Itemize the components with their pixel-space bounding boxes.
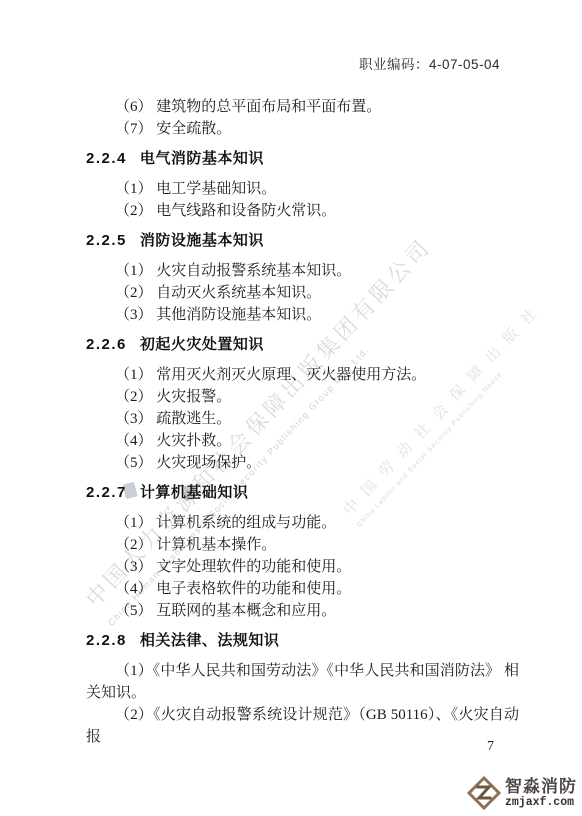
section-title: 初起火灾处置知识 [140,336,264,353]
logo-name: 智淼消防 [505,778,577,795]
section-number: 2.2.8 [86,632,127,649]
section-title: 消防设施基本知识 [140,232,264,249]
section-number: 2.2.4 [86,150,127,167]
page-number: 7 [487,739,494,755]
section-title: 相关法律、法规知识 [140,632,280,649]
list-item: （1） 计算机系统的组成与功能。 [86,512,519,534]
list-item: （3） 其他消防设施基本知识。 [86,304,519,326]
list-item: （2） 火灾报警。 [86,386,519,408]
list-item: （2） 自动灭火系统基本知识。 [86,282,519,304]
list-item: （3） 文字处理软件的功能和使用。 [86,556,519,578]
occupation-code: 职业编码：4-07-05-04 [359,53,500,73]
logo-text: 智淼消防 zmjaxf.com [505,778,577,809]
section-heading: 2.2.4电气消防基本知识 [86,148,519,170]
list-item: （3） 疏散逃生。 [86,408,519,430]
list-item: （1） 常用灭火剂灭火原理、灭火器使用方法。 [86,364,519,386]
list-item: （5） 火灾现场保护。 [86,452,519,474]
section-number: 2.2.7 [86,484,127,501]
paragraph: （2）《火灾自动报警系统设计规范》（GB 50116）、《火灾自动报 [86,704,519,748]
section-number: 2.2.6 [86,336,127,353]
page-content: （6） 建筑物的总平面布局和平面布置。 （7） 安全疏散。 2.2.4电气消防基… [86,96,519,748]
site-logo[interactable]: 智淼消防 zmjaxf.com [466,775,577,811]
section-heading: 2.2.8相关法律、法规知识 [86,630,519,652]
list-item: （4） 火灾扑救。 [86,430,519,452]
section-heading: 2.2.6初起火灾处置知识 [86,334,519,356]
list-item: （1） 电工学基础知识。 [86,178,519,200]
list-item: （6） 建筑物的总平面布局和平面布置。 [86,96,519,118]
paragraph: （1）《中华人民共和国劳动法》《中华人民共和国消防法》 相关知识。 [86,660,519,704]
list-item: （1） 火灾自动报警系统基本知识。 [86,260,519,282]
list-item: （2） 计算机基本操作。 [86,534,519,556]
list-item: （7） 安全疏散。 [86,118,519,140]
section-heading: 2.2.7计算机基础知识 [86,482,519,504]
section-title: 计算机基础知识 [140,484,249,501]
diamond-z-logo-icon [466,775,502,811]
logo-domain: zmjaxf.com [505,797,577,809]
section-title: 电气消防基本知识 [140,150,264,167]
list-item: （5） 互联网的基本概念和应用。 [86,600,519,622]
section-heading: 2.2.5消防设施基本知识 [86,230,519,252]
document-page: 中国人力资源和社会保障出版集团有限公司 China Human Resource… [0,0,582,816]
list-item: （2） 电气线路和设备防火常识。 [86,200,519,222]
list-item: （4） 电子表格软件的功能和使用。 [86,578,519,600]
section-number: 2.2.5 [86,232,127,249]
